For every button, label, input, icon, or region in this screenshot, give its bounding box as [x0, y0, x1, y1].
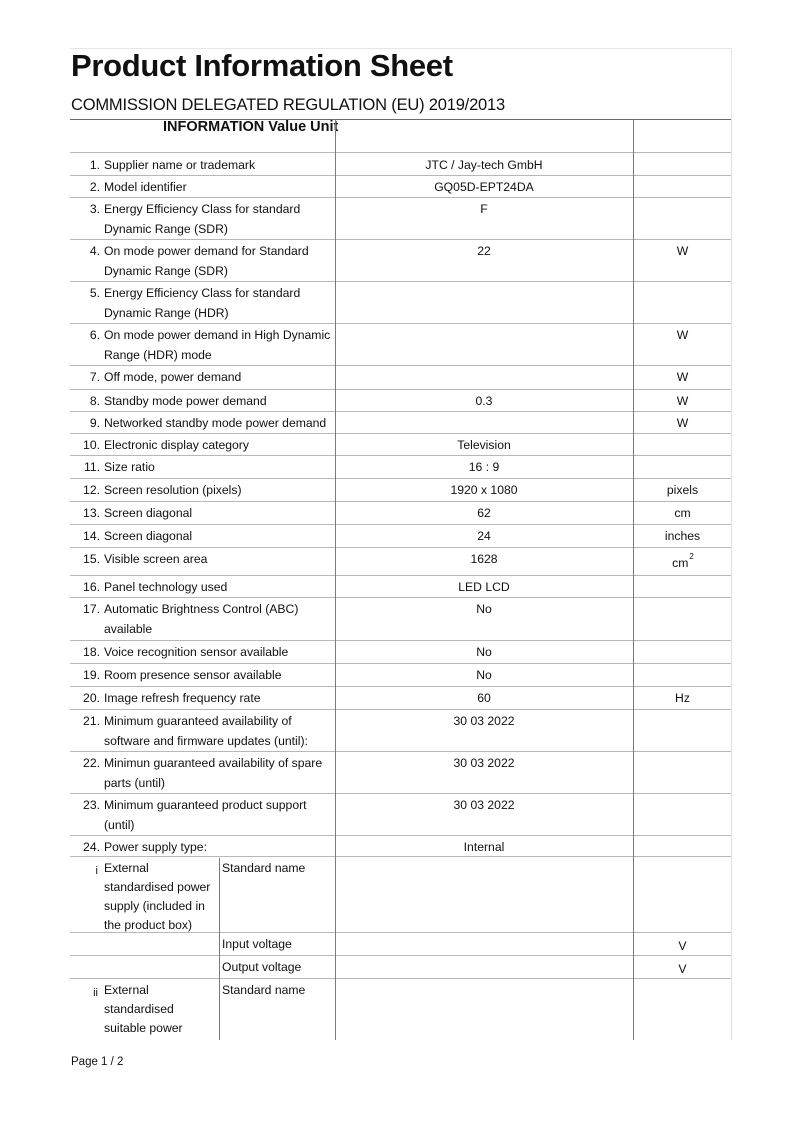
row-unit: W [633, 391, 732, 411]
row-unit: cm [633, 503, 732, 523]
row-label: Energy Efficiency Class for standard [104, 199, 300, 219]
sub-row-number: i [70, 861, 98, 881]
row-number: 23. [70, 795, 100, 815]
row-label: Image refresh frequency rate [104, 688, 261, 708]
row-number: 8. [70, 391, 100, 411]
row-value: 22 [335, 241, 633, 261]
row-label: Screen diagonal [104, 526, 192, 546]
row-unit: Hz [633, 688, 732, 708]
row-label: Minimum guaranteed availability of [104, 711, 292, 731]
sub-row-label: standardised power [104, 877, 210, 897]
table-header: INFORMATION Value Unit [163, 119, 338, 135]
row-value: 24 [335, 526, 633, 546]
row-value: F [335, 199, 633, 219]
row-number: 1. [70, 155, 100, 175]
row-value: 0.3 [335, 391, 633, 411]
row-label: Dynamic Range (HDR) [104, 303, 229, 323]
row-label: Range (HDR) mode [104, 345, 212, 365]
row-label: Minimum guaranteed product support [104, 795, 307, 815]
sub-row-label: External [104, 980, 149, 1000]
row-label: Energy Efficiency Class for standard [104, 283, 300, 303]
row-label: Power supply type: [104, 837, 207, 857]
row-value: Internal [335, 837, 633, 857]
row-label: Dynamic Range (SDR) [104, 261, 228, 281]
row-value: 1628 [335, 549, 633, 569]
row-label: Dynamic Range (SDR) [104, 219, 228, 239]
column-divider [219, 858, 220, 1040]
row-unit: W [633, 241, 732, 261]
row-number: 22. [70, 753, 100, 773]
row-value: 30 03 2022 [335, 753, 633, 773]
sub-row-unit: V [633, 959, 732, 979]
page-title: Product Information Sheet [71, 48, 453, 84]
row-value: JTC / Jay-tech GmbH [335, 155, 633, 175]
row-label: available [104, 619, 152, 639]
row-value: 30 03 2022 [335, 711, 633, 731]
row-label: (until) [104, 815, 134, 835]
row-value: 1920 x 1080 [335, 480, 633, 500]
row-unit: W [633, 413, 732, 433]
row-value: LED LCD [335, 577, 633, 597]
row-number: 6. [70, 325, 100, 345]
row-label: Automatic Brightness Control (ABC) [104, 599, 298, 619]
row-value: 62 [335, 503, 633, 523]
row-label: Electronic display category [104, 435, 249, 455]
sub-field-label: Standard name [222, 858, 305, 878]
sub-row-label: standardised [104, 999, 174, 1019]
row-label: Off mode, power demand [104, 367, 241, 387]
row-number: 18. [70, 642, 100, 662]
row-value: No [335, 665, 633, 685]
row-unit: inches [633, 526, 732, 546]
row-number: 17. [70, 599, 100, 619]
row-number: 19. [70, 665, 100, 685]
row-label: Supplier name or trademark [104, 155, 255, 175]
page-edge-right [731, 119, 732, 1040]
page-number: Page 1 / 2 [71, 1056, 123, 1068]
row-number: 2. [70, 177, 100, 197]
row-number: 5. [70, 283, 100, 303]
row-value: No [335, 642, 633, 662]
row-label: Size ratio [104, 457, 155, 477]
regulation-subtitle: COMMISSION DELEGATED REGULATION (EU) 201… [71, 96, 505, 115]
row-number: 21. [70, 711, 100, 731]
row-value: No [335, 599, 633, 619]
row-number: 13. [70, 503, 100, 523]
row-label: Screen diagonal [104, 503, 192, 523]
row-unit: W [633, 367, 732, 387]
sub-row-label: supply (included in [104, 896, 205, 916]
page-edge-right [731, 48, 732, 120]
row-number: 12. [70, 480, 100, 500]
row-label: Networked standby mode power demand [104, 413, 326, 433]
row-label: Room presence sensor available [104, 665, 282, 685]
row-number: 16. [70, 577, 100, 597]
row-label: Panel technology used [104, 577, 227, 597]
row-label: Voice recognition sensor available [104, 642, 288, 662]
row-number: 9. [70, 413, 100, 433]
row-number: 4. [70, 241, 100, 261]
row-number: 10. [70, 435, 100, 455]
row-unit: pixels [633, 480, 732, 500]
sub-row-label: External [104, 858, 149, 878]
row-value: 16 : 9 [335, 457, 633, 477]
row-label: Model identifier [104, 177, 187, 197]
row-label: On mode power demand in High Dynamic [104, 325, 330, 345]
sub-row-number: ii [70, 983, 98, 1003]
row-label: Screen resolution (pixels) [104, 480, 242, 500]
row-label: On mode power demand for Standard [104, 241, 309, 261]
sub-field-label: Input voltage [222, 934, 292, 954]
row-number: 3. [70, 199, 100, 219]
row-label: parts (until) [104, 773, 165, 793]
row-value: Television [335, 435, 633, 455]
row-value: 30 03 2022 [335, 795, 633, 815]
column-divider [633, 119, 634, 1040]
row-number: 7. [70, 367, 100, 387]
row-label: Minimun guaranteed availability of spare [104, 753, 322, 773]
product-info-table: INFORMATION Value Unit 1.Supplier name o… [70, 119, 732, 1040]
row-unit: cm2 [633, 553, 732, 575]
superscript: 2 [689, 552, 693, 561]
row-label: Standby mode power demand [104, 391, 267, 411]
row-value: 60 [335, 688, 633, 708]
column-divider [335, 119, 336, 1040]
row-number: 15. [70, 549, 100, 569]
row-label: software and firmware updates (until): [104, 731, 308, 751]
sub-row-label: suitable power [104, 1018, 183, 1038]
sub-field-label: Standard name [222, 980, 305, 1000]
row-number: 20. [70, 688, 100, 708]
row-number: 11. [70, 457, 100, 477]
row-unit: W [633, 325, 732, 345]
sub-field-label: Output voltage [222, 957, 301, 977]
row-number: 24. [70, 837, 100, 857]
sub-row-unit: V [633, 936, 732, 956]
row-number: 14. [70, 526, 100, 546]
row-label: Visible screen area [104, 549, 207, 569]
row-value: GQ05D-EPT24DA [335, 177, 633, 197]
